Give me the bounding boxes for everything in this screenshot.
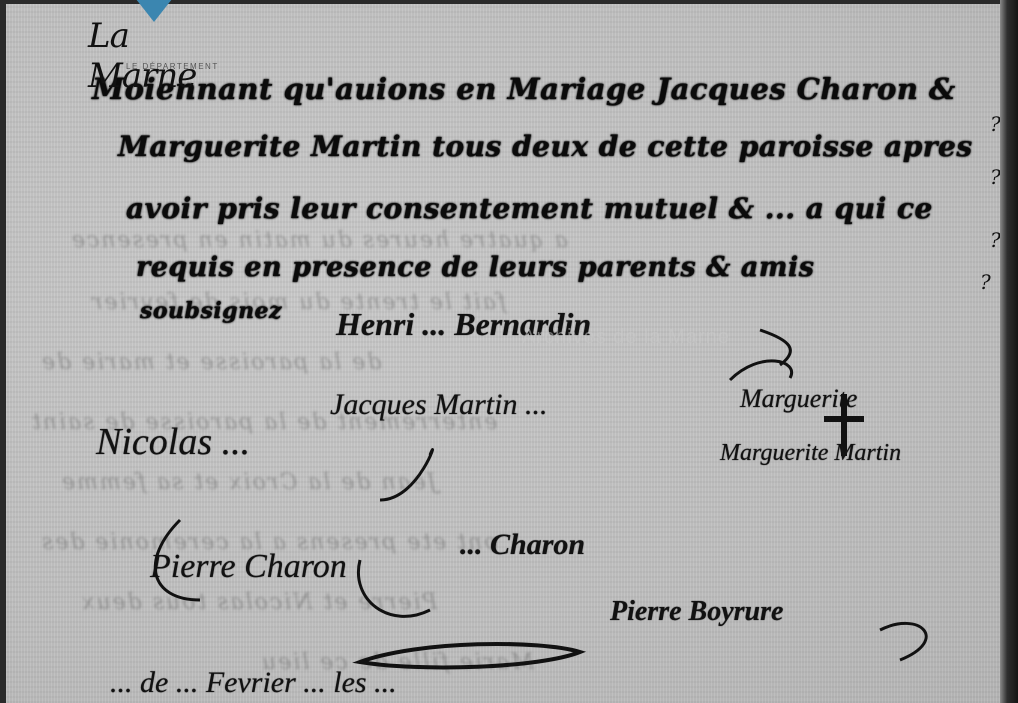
bleed-through-text: Jean de la Croix et sa femme [60,470,437,495]
signature-pierre-boyrure: Pierre Boyrure [610,596,783,628]
logo-subtitle: LE DÉPARTEMENT [126,62,219,71]
record-line-4: requis en presence de leurs parents & am… [136,252,814,283]
record-line-5: soubsignez [140,298,282,324]
bleed-through-text: Pierre et Nicolas tous deux [80,590,437,615]
record-line-2: Marguerite Martin tous deux de cette par… [118,130,973,163]
line-end-mark: ? [980,270,991,294]
document-scan: a quatre heures du matin en presence fai… [0,0,1018,703]
archive-watermark: Archives de la Marne [522,326,730,349]
partial-bottom-line: ... de ... Fevrier ... les ... [110,666,397,700]
logo-title: La Marne [88,16,226,96]
signature-jacques-martin: Jacques Martin ... [330,388,547,422]
bleed-through-text: de la paroisse et marie de [40,350,381,375]
scan-border-left [0,0,6,703]
la-marne-logo: La Marne LE DÉPARTEMENT [86,0,226,76]
signature-nicolas: Nicolas ... [96,420,250,464]
scan-border-right [1000,0,1018,703]
record-line-3: avoir pris leur consentement mutuel & ..… [126,192,933,225]
signature-marguerite-martin: Marguerite Martin [720,440,901,467]
signature-pierre-charon: Pierre Charon [150,548,347,586]
signature-charon: ... Charon [460,528,585,562]
bleed-through-text: a quatre heures du matin en presence [70,228,568,253]
